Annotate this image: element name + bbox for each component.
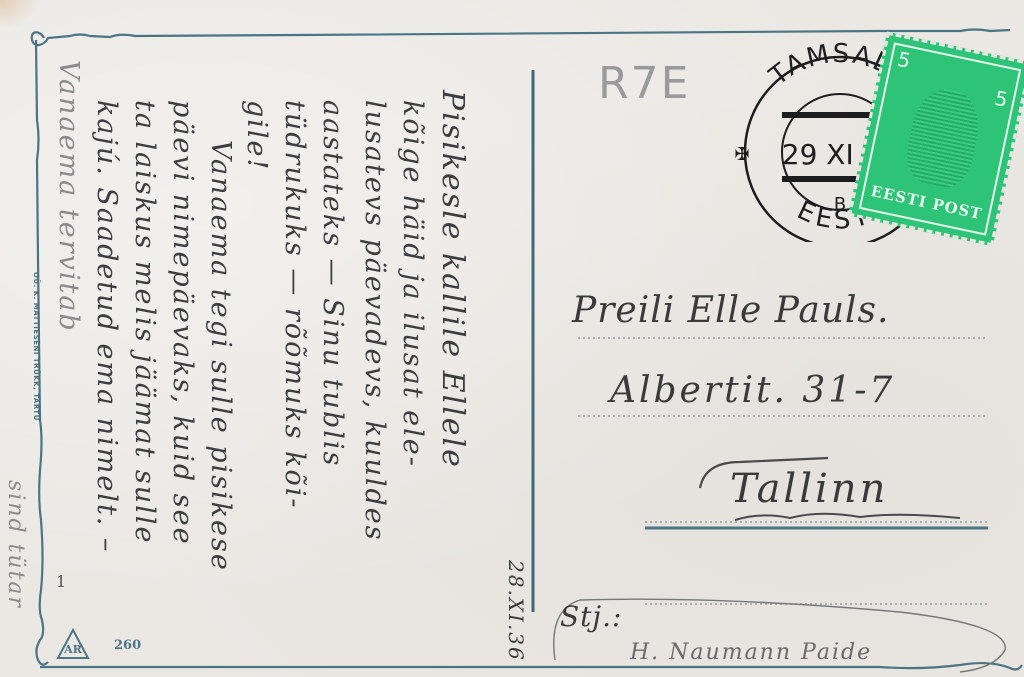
svg-text:AR: AR [63, 643, 83, 656]
message-line-faint: sind tütar [3, 480, 28, 609]
address-line-name: Preili Elle Pauls. [572, 290, 889, 331]
message-line: Pisikesle kallile Ellele [435, 90, 470, 469]
pencil-note: R7E [598, 58, 690, 109]
address-line-city: Tallinn [730, 466, 888, 512]
message-line: lusatevs päevadevs, kuuldes [359, 100, 390, 542]
message-line-faint: Vanaema tervitab [53, 60, 84, 333]
address-line-street: Albertit. 31-7 [610, 370, 895, 411]
message-line: aastateks — Sinu tublis [317, 100, 348, 467]
date-note: 28.XI.36 [504, 560, 528, 662]
publisher-logo-icon: AR [56, 628, 90, 660]
postcard: R7E OÜ. K. MATTIESENI TRÜKK, TARTU Pisik… [0, 0, 1024, 677]
postmark-series: B [834, 194, 846, 215]
sender-label: Stj.: [560, 600, 622, 633]
card-number: 260 [114, 638, 141, 653]
message-line: tüdrukuks — rõõmuks kõi- [279, 100, 310, 510]
message-line: kajú. Saadetud ema nimelt. – [91, 100, 122, 553]
message-line: Vanaema tegi sulle pisikese [205, 140, 236, 572]
message-line: gile! [241, 100, 272, 171]
printer-imprint: OÜ. K. MATTIESENI TRÜKK, TARTU [32, 272, 40, 421]
margin-mark: 1 [56, 572, 67, 591]
message-line: päevi nimepäevaks, kuid see [167, 100, 198, 546]
message-line: ta laiskus melis jäämat sulle [129, 100, 160, 544]
cross-ornament-icon: ✠ [734, 144, 749, 165]
sender-name: H. Naumann Paide [630, 640, 872, 665]
message-line: kõige häid ja ilusat ele- [397, 100, 428, 468]
